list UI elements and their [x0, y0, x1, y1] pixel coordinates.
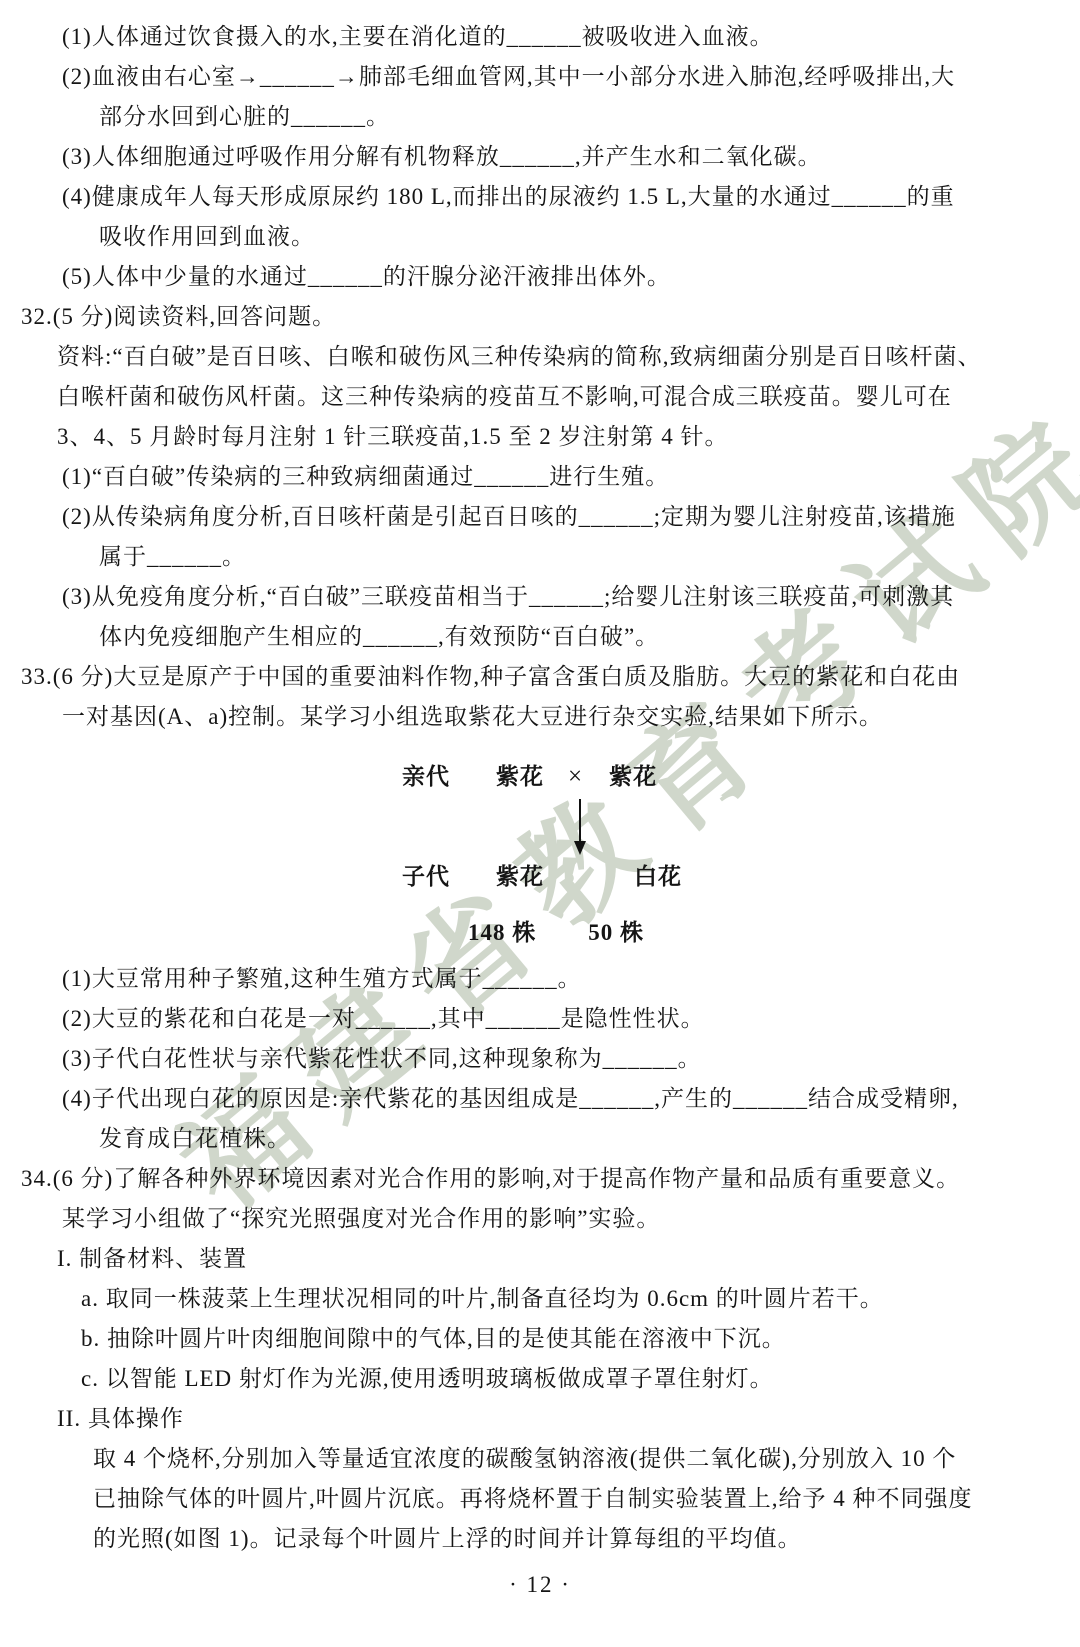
- cross-breeding-diagram: 亲代 紫花 × 紫花 子代 紫花 白花 148 株 50 株: [402, 757, 1080, 953]
- q34-heading-cont: 某学习小组做了“探究光照强度对光合作用的影响”实验。: [0, 1199, 1080, 1239]
- q34-section-2-title: II. 具体操作: [0, 1399, 1080, 1439]
- q33-heading-cont: 一对基因(A、a)控制。某学习小组选取紫花大豆进行杂交实验,结果如下所示。: [0, 697, 1080, 737]
- q34-heading: 34.(6 分)了解各种外界环境因素对光合作用的影响,对于提高作物产量和品质有重…: [0, 1159, 1080, 1199]
- parent-trait-2: 紫花: [609, 757, 657, 797]
- q32-heading: 32.(5 分)阅读资料,回答问题。: [0, 297, 1080, 337]
- q33-heading: 33.(6 分)大豆是原产于中国的重要油料作物,种子富含蛋白质及脂肪。大豆的紫花…: [0, 657, 1080, 697]
- offspring-count-row: 148 株 50 株: [402, 913, 1080, 953]
- q31-line-3: 部分水回到心脏的______。: [0, 97, 1080, 137]
- parent-row: 亲代 紫花 × 紫花: [402, 757, 1080, 797]
- q31-line-7: (5)人体中少量的水通过______的汗腺分泌汗液排出体外。: [0, 257, 1080, 297]
- q34-step-c: c. 以智能 LED 射灯作为光源,使用透明玻璃板做成罩子罩住射灯。: [0, 1359, 1080, 1399]
- q32-sub-2-cont: 属于______。: [0, 537, 1080, 577]
- cross-symbol: ×: [568, 757, 583, 797]
- q32-sub-1: (1)“百白破”传染病的三种致病细菌通过______进行生殖。: [0, 457, 1080, 497]
- q34-procedure-1: 取 4 个烧杯,分别加入等量适宜浓度的碳酸氢钠溶液(提供二氧化碳),分别放入 1…: [0, 1439, 1080, 1479]
- offspring-count-2: 50 株: [588, 913, 644, 953]
- q31-line-5: (4)健康成年人每天形成原尿约 180 L,而排出的尿液约 1.5 L,大量的水…: [0, 177, 1080, 217]
- q33-sub-2: (2)大豆的紫花和白花是一对______,其中______是隐性性状。: [0, 999, 1080, 1039]
- q33-sub-4-cont: 发育成白花植株。: [0, 1119, 1080, 1159]
- q32-sub-2: (2)从传染病角度分析,百日咳杆菌是引起百日咳的______;定期为婴儿注射疫苗…: [0, 497, 1080, 537]
- offspring-trait-2: 白花: [634, 857, 682, 897]
- q32-material-2: 白喉杆菌和破伤风杆菌。这三种传染病的疫苗互不影响,可混合成三联疫苗。婴儿可在: [0, 377, 1080, 417]
- exam-page-content: (1)人体通过饮食摄入的水,主要在消化道的______被吸收进入血液。 (2)血…: [0, 0, 1080, 1559]
- q34-procedure-3: 的光照(如图 1)。记录每个叶圆片上浮的时间并计算每组的平均值。: [0, 1519, 1080, 1559]
- q32-sub-3: (3)从免疫角度分析,“百白破”三联疫苗相当于______;给婴儿注射该三联疫苗…: [0, 577, 1080, 617]
- offspring-trait-1: 紫花: [496, 857, 544, 897]
- q33-sub-1: (1)大豆常用种子繁殖,这种生殖方式属于______。: [0, 959, 1080, 999]
- offspring-label: 子代: [402, 857, 450, 897]
- q31-line-2: (2)血液由右心室→______→肺部毛细血管网,其中一小部分水进入肺泡,经呼吸…: [0, 57, 1080, 97]
- q31-line-6: 吸收作用回到血液。: [0, 217, 1080, 257]
- offspring-count-1: 148 株: [468, 913, 536, 953]
- q31-line-1: (1)人体通过饮食摄入的水,主要在消化道的______被吸收进入血液。: [0, 17, 1080, 57]
- q34-section-1-title: I. 制备材料、装置: [0, 1239, 1080, 1279]
- descent-arrow-icon: [572, 797, 1080, 857]
- q32-material-1: 资料:“百白破”是百日咳、白喉和破伤风三种传染病的简称,致病细菌分别是百日咳杆菌…: [0, 337, 1080, 377]
- q33-sub-3: (3)子代白花性状与亲代紫花性状不同,这种现象称为______。: [0, 1039, 1080, 1079]
- offspring-row: 子代 紫花 白花: [402, 857, 1080, 897]
- q31-line-4: (3)人体细胞通过呼吸作用分解有机物释放______,并产生水和二氧化碳。: [0, 137, 1080, 177]
- q32-material-3: 3、4、5 月龄时每月注射 1 针三联疫苗,1.5 至 2 岁注射第 4 针。: [0, 417, 1080, 457]
- q33-sub-4: (4)子代出现白花的原因是:亲代紫花的基因组成是______,产生的______…: [0, 1079, 1080, 1119]
- parent-trait-1: 紫花: [496, 757, 544, 797]
- q34-step-b: b. 抽除叶圆片叶肉细胞间隙中的气体,目的是使其能在溶液中下沉。: [0, 1319, 1080, 1359]
- page-number: · 12 ·: [0, 1572, 1080, 1598]
- q34-procedure-2: 已抽除气体的叶圆片,叶圆片沉底。再将烧杯置于自制实验装置上,给予 4 种不同强度: [0, 1479, 1080, 1519]
- parent-label: 亲代: [402, 757, 450, 797]
- q32-sub-3-cont: 体内免疫细胞产生相应的______,有效预防“百白破”。: [0, 617, 1080, 657]
- q34-step-a: a. 取同一株菠菜上生理状况相同的叶片,制备直径均为 0.6cm 的叶圆片若干。: [0, 1279, 1080, 1319]
